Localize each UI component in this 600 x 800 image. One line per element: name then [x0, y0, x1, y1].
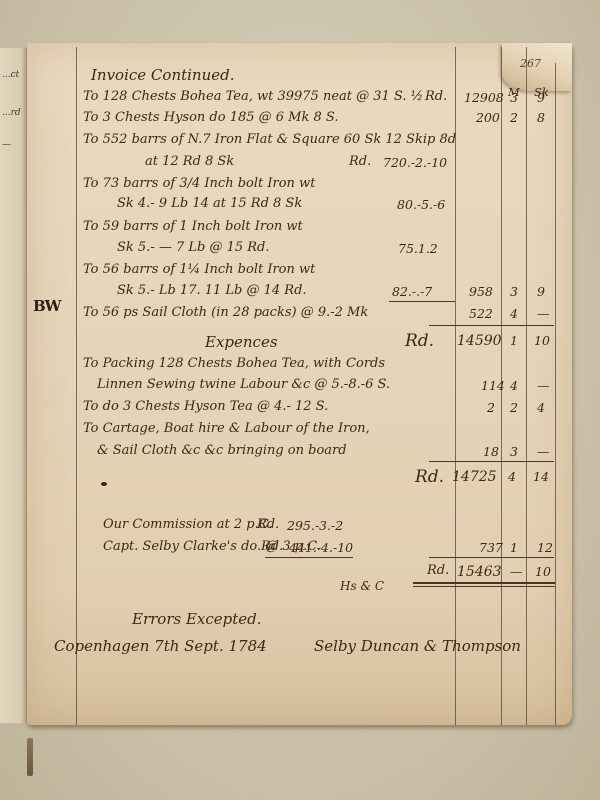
page-heading: Invoice Continued.: [91, 66, 235, 84]
margin-rule: [76, 47, 77, 725]
folded-corner: 267: [502, 43, 572, 91]
grand-total: 15463: [457, 564, 502, 580]
grand-total-double-rule: [413, 586, 555, 587]
goods-total-skilling: 10: [534, 333, 550, 348]
subtotal-after-expenses: 14725: [452, 469, 497, 485]
grand-total-double-rule: [413, 582, 555, 584]
errors-excepted: Errors Excepted.: [132, 610, 262, 628]
signature: Selby Duncan & Thompson: [314, 637, 521, 655]
currency-mark: Rd.: [425, 89, 447, 104]
entry-line: Sk 5.- Lb 17. 11 Lb @ 14 Rd.: [117, 283, 307, 298]
expense-mark: 2: [510, 400, 518, 415]
total-column-rule: [455, 47, 456, 725]
subtotal-underline: [389, 301, 455, 302]
entry-skilling: 9: [537, 90, 545, 105]
entry-line: To 552 barrs of N.7 Iron Flat & Square 6…: [83, 132, 456, 147]
expense-line: To Packing 128 Chests Bohea Tea, with Co…: [83, 356, 385, 371]
page-corner-mark: 267: [520, 57, 541, 70]
entry-line: To 73 barrs of 3/4 Inch bolt Iron wt: [83, 176, 315, 191]
currency-mark: Rd.: [349, 154, 371, 169]
commission-total: 737: [479, 540, 503, 555]
left-page-fragment: —: [2, 140, 11, 150]
entry-line: To 56 barrs of 1¼ Inch bolt Iron wt: [83, 262, 315, 277]
currency-mark: Rd.: [427, 563, 449, 578]
margin-stamp: BW: [33, 297, 61, 315]
subtotal-skilling: 14: [533, 469, 549, 484]
expense-mark: 4: [510, 378, 518, 393]
entry-line: To 128 Chests Bohea Tea, wt 39975 neat @…: [83, 89, 423, 104]
expenses-heading: Expences: [205, 333, 278, 351]
entry-total: 522: [469, 306, 493, 321]
binding-thread: [27, 738, 33, 776]
skilling-column-rule: [526, 47, 527, 725]
commission-underline: [265, 557, 353, 558]
right-edge-rule: [555, 63, 556, 725]
entry-total: 958: [469, 284, 493, 299]
place-and-date: Copenhagen 7th Sept. 1784: [54, 637, 267, 655]
entry-subtotal: 80.-5.-6: [397, 197, 445, 212]
currency-mark: Rd.: [415, 467, 444, 487]
currency-mark: Rd.: [405, 331, 434, 351]
total-rule: [429, 557, 554, 558]
total-rule: [429, 325, 554, 326]
expense-line: To Cartage, Boat hire & Labour of the Ir…: [83, 421, 370, 436]
expense-mark: 3: [510, 444, 518, 459]
entry-line: To 56 ps Sail Cloth (in 28 packs) @ 9.-2…: [83, 305, 368, 320]
goods-total: 14590: [457, 333, 502, 349]
entry-mark: 2: [510, 110, 518, 125]
expense-line: & Sail Cloth &c &c bringing on board: [97, 443, 347, 458]
entry-line: To 3 Chests Hyson do 185 @ 6 Mk 8 S.: [83, 110, 338, 125]
total-rule: [429, 461, 554, 462]
entry-line: Sk 4.- 9 Lb 14 at 15 Rd 8 Sk: [117, 196, 302, 211]
entry-mark: 3: [510, 90, 518, 105]
entry-line: at 12 Rd 8 Sk: [145, 154, 234, 169]
expense-total: 114: [481, 378, 505, 393]
initials-mark: Hs & C: [340, 579, 384, 593]
entry-skilling: 9: [537, 284, 545, 299]
commission-amount: 441.-4.-10: [289, 540, 353, 555]
commission-label: Our Commission at 2 p.C.: [103, 517, 272, 532]
expense-skilling: 4: [537, 400, 545, 415]
currency-mark: Rd.: [261, 539, 283, 554]
commission-amount: 295.-3.-2: [287, 518, 343, 533]
expense-line: To do 3 Chests Hyson Tea @ 4.- 12 S.: [83, 399, 328, 414]
ink-blot: [101, 482, 107, 486]
entry-total: 200: [476, 110, 500, 125]
left-page-fragment: ...ct: [2, 70, 19, 80]
entry-line: Sk 5.- — 7 Lb @ 15 Rd.: [117, 240, 270, 255]
entry-subtotal: 720.-2.-10: [383, 155, 447, 170]
entry-subtotal: 82.-.-7: [392, 284, 432, 299]
currency-mark: Rd.: [257, 517, 279, 532]
expense-skilling: —: [537, 378, 550, 393]
adjacent-left-page: ...ct ...rd —: [0, 48, 28, 723]
goods-total-mark: 1: [510, 333, 518, 348]
entry-skilling: 8: [537, 110, 545, 125]
ledger-page: 267 M Sk Invoice Continued. To 128 Chest…: [27, 43, 572, 725]
grand-total-skilling: 10: [535, 564, 551, 579]
entry-mark: 4: [510, 306, 518, 321]
expense-total: 18: [483, 444, 499, 459]
commission-total-skilling: 12: [537, 540, 553, 555]
entry-line: To 59 barrs of 1 Inch bolt Iron wt: [83, 219, 303, 234]
subtotal-mark: 4: [508, 469, 516, 484]
entry-total: 12908: [464, 90, 504, 105]
commission-total-mark: 1: [510, 540, 518, 555]
expense-total: 2: [487, 400, 495, 415]
left-page-fragment: ...rd: [2, 108, 21, 118]
entry-mark: 3: [510, 284, 518, 299]
entry-subtotal: 75.1.2: [398, 241, 438, 256]
expense-skilling: —: [537, 444, 550, 459]
expense-line: Linnen Sewing twine Labour &c @ 5.-8.-6 …: [97, 377, 390, 392]
grand-total-mark: —: [510, 564, 523, 579]
entry-skilling: —: [537, 306, 550, 321]
